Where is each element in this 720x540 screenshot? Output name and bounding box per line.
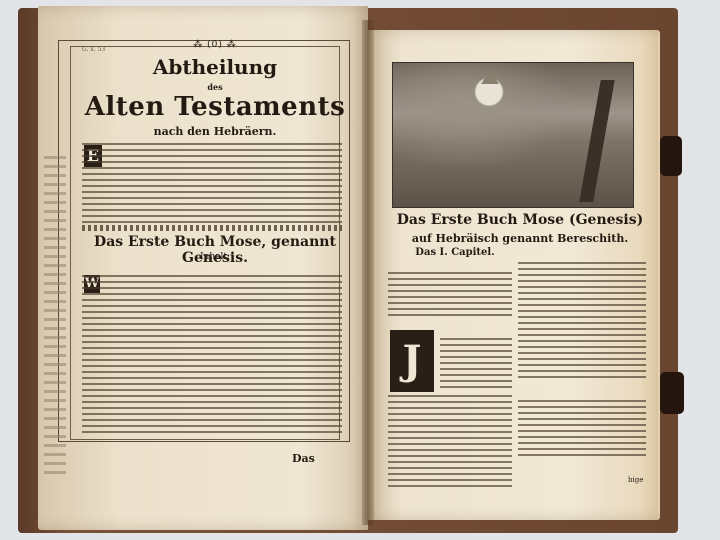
genesis-subheading: auf Hebräisch genannt Bereschith. [390,232,650,245]
verse-1-text [440,338,512,392]
margin-notes [42,150,68,480]
book-clasp-lower [660,372,684,414]
chapter-summary [388,272,512,320]
book-gutter [362,20,374,525]
genesis-heading-right: Das Erste Buch Mose (Genesis) [390,212,650,228]
title-des: des [90,82,340,92]
chapter-heading: Das I. Capitel. [390,247,520,258]
book-photo: ⁂ (0) ⁂ G. x. 53 Abtheilung des Alten Te… [0,0,720,540]
drop-cap-I: J [390,330,434,392]
signature-mark: G. x. 53 [82,46,105,53]
column-2-verses [518,262,646,382]
title-nach-den-hebraeern: nach den Hebräern. [90,125,340,138]
column-1-verses [388,395,512,491]
title-abtheilung: Abtheilung [90,55,340,79]
inhalt-text-block [82,275,342,437]
eye-of-god-triangle [481,70,499,84]
catchword-left: Das [292,452,315,465]
book-clasp-upper [660,136,682,176]
page-number: ⁂ (0) ⁂ [150,40,280,50]
intro-text-block [82,143,342,227]
title-alten-testaments: Alten Testaments [80,92,350,122]
catchword-right: bige [628,476,643,484]
inhalt-label: Inhalt: [90,252,340,262]
ornamental-rule [82,225,342,231]
column-2-lower-verses [518,400,646,460]
